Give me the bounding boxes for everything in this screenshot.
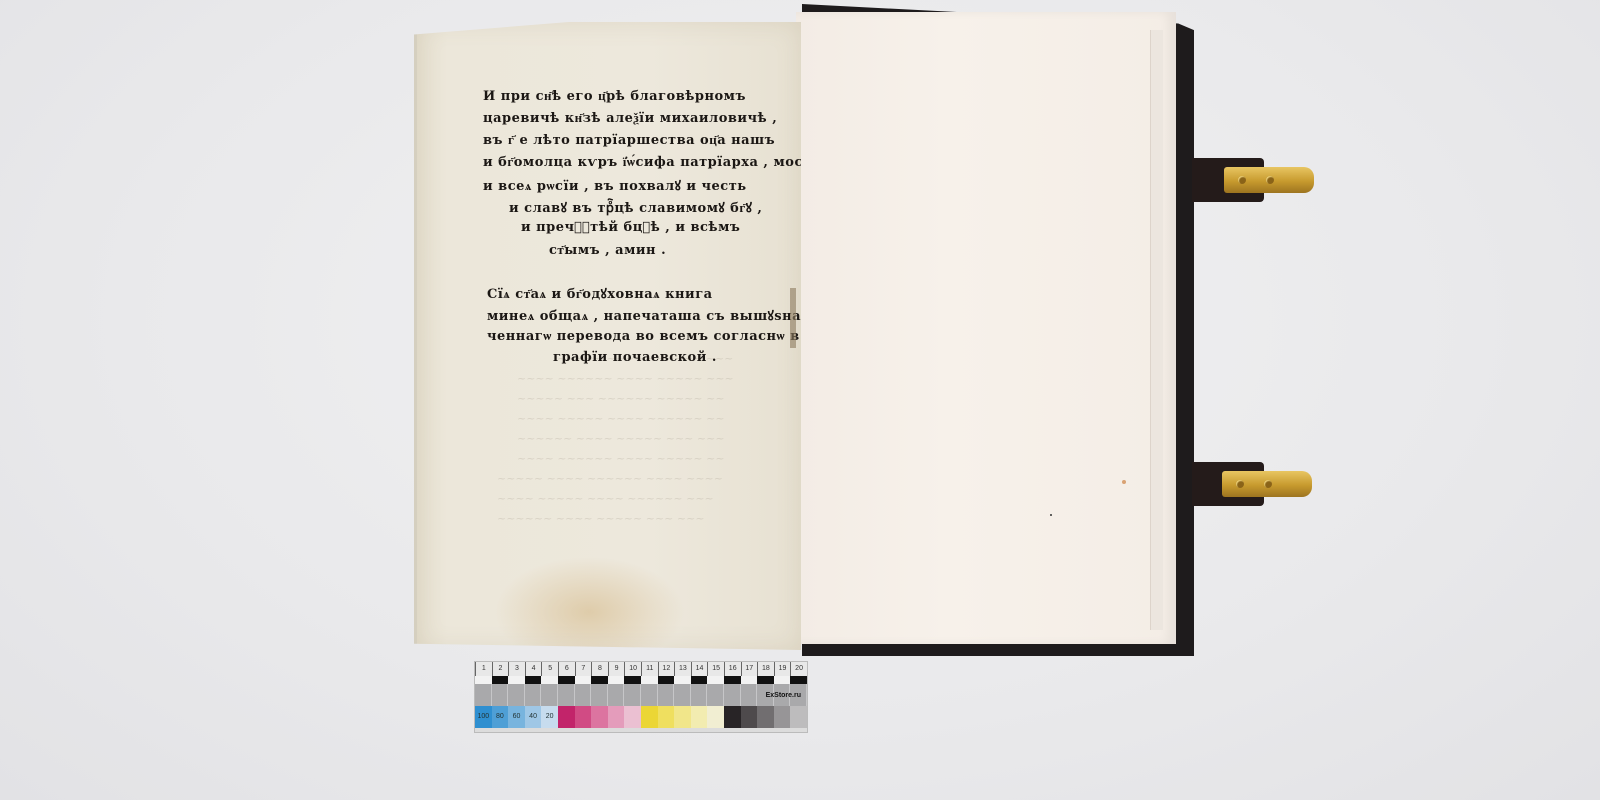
paper-speck: [1122, 480, 1126, 484]
checker-cell: [691, 676, 708, 684]
gray-patch: [658, 684, 675, 706]
ruler-tick: 15: [707, 662, 724, 676]
color-swatch: 20: [541, 706, 558, 728]
gray-patch: [691, 684, 708, 706]
rivet-icon: [1238, 176, 1246, 184]
ruler-tick: 14: [691, 662, 708, 676]
color-swatch: [575, 706, 592, 728]
gray-patch: [558, 684, 575, 706]
checker-cell: [608, 676, 625, 684]
gray-patch: [707, 684, 724, 706]
bleed-through-text: ~~~~~~ ~~~~ ~~~~~ ~~~ ~~~: [517, 432, 725, 445]
bleed-through-text: ~~~~~~ ~~~~ ~~~~~ ~~~ ~~~: [497, 512, 705, 525]
color-swatch: [757, 706, 774, 728]
left-printed-page: ~~~~~ ~~~~ ~~~~~~ ~~~ ~~~~ ~~~~~~ ~~~~ ~…: [414, 22, 801, 650]
checker-cell: [624, 676, 641, 684]
gray-patch: [724, 684, 741, 706]
color-swatch: [558, 706, 575, 728]
color-swatch: [741, 706, 758, 728]
color-swatch: [691, 706, 708, 728]
ruler-tick: 7: [575, 662, 592, 676]
checker-cell: [508, 676, 525, 684]
page-edge-stack: [1150, 30, 1163, 630]
upper-clasp: [1192, 158, 1312, 202]
color-swatch: [707, 706, 724, 728]
checker-strip: [475, 676, 807, 684]
color-swatch: [674, 706, 691, 728]
color-swatch: 60: [508, 706, 525, 728]
color-swatch: 80: [492, 706, 509, 728]
checker-cell: [541, 676, 558, 684]
colophon-line: и пречⷭ҇тѣй бцⷣѣ , и всѣмъ: [521, 220, 740, 235]
ruler-tick: 8: [591, 662, 608, 676]
checker-cell: [707, 676, 724, 684]
checker-cell: [492, 676, 509, 684]
colophon-line: ст҃ымъ , амин .: [549, 242, 666, 258]
ruler-tick: 10: [624, 662, 641, 676]
checker-cell: [674, 676, 691, 684]
checker-cell: [475, 676, 492, 684]
bleed-through-text: ~~~~ ~~~~~ ~~~~ ~~~~~~ ~~~: [497, 492, 714, 505]
checker-cell: [790, 676, 807, 684]
bleed-through-text: ~~~~~ ~~~~ ~~~~~~ ~~~~ ~~~~: [497, 472, 723, 485]
gray-patch: [525, 684, 542, 706]
gray-patch: [575, 684, 592, 706]
gray-patch: [591, 684, 608, 706]
colophon-line: и всеѧ рѡсїи , въ похвалꙋ и честь: [483, 176, 747, 194]
checker-cell: [575, 676, 592, 684]
ruler-tick: 13: [674, 662, 691, 676]
color-swatch: [774, 706, 791, 728]
gray-patch: [475, 684, 492, 706]
ruler-tick: 5: [541, 662, 558, 676]
right-blank-page: [796, 12, 1176, 644]
checker-cell: [558, 676, 575, 684]
brass-clasp-plate: [1222, 471, 1312, 497]
checker-cell: [525, 676, 542, 684]
ruler-tick: 17: [741, 662, 758, 676]
ruler-tick: 3: [508, 662, 525, 676]
bleed-through-text: ~~~~~ ~~~ ~~~~~~ ~~~~~ ~~: [517, 392, 725, 405]
checker-cell: [658, 676, 675, 684]
checker-cell: [724, 676, 741, 684]
gray-patch: [541, 684, 558, 706]
color-swatch: [658, 706, 675, 728]
centimeter-ruler: 1 2 3 4 5 6 7 8 9 10 11 12 13 14 15 16 1…: [475, 662, 807, 676]
paper-speck: [1050, 514, 1052, 516]
gray-patch: [641, 684, 658, 706]
colophon-line: и славꙋ въ трⷪ҇цѣ славимомꙋ бг҃ꙋ ,: [509, 198, 762, 216]
ruler-tick: 16: [724, 662, 741, 676]
colophon-line: минеѧ об́щаѧ , напечаташа съ вышꙋѕна: [487, 306, 801, 324]
color-swatch: [608, 706, 625, 728]
rivet-icon: [1236, 480, 1244, 488]
checker-cell: [757, 676, 774, 684]
bleed-through-text: ~~~~ ~~~~~~ ~~~~ ~~~~~ ~~: [517, 452, 725, 465]
ruler-tick: 19: [774, 662, 791, 676]
gray-patch: [608, 684, 625, 706]
color-swatch: [624, 706, 641, 728]
brass-clasp-plate: [1224, 167, 1314, 193]
ruler-tick: 18: [757, 662, 774, 676]
color-swatch-row: 10080604020: [475, 706, 807, 728]
gray-patches: [475, 684, 807, 706]
card-brand-label: ExStore.ru: [766, 692, 801, 699]
gray-patch: [741, 684, 758, 706]
checker-cell: [641, 676, 658, 684]
gray-patch: [508, 684, 525, 706]
color-swatch: [790, 706, 807, 728]
ruler-tick: 12: [658, 662, 675, 676]
color-swatch: 100: [475, 706, 492, 728]
color-swatch: [591, 706, 608, 728]
gutter-tear: [790, 288, 796, 348]
ruler-tick: 1: [475, 662, 492, 676]
lower-clasp: [1192, 462, 1312, 506]
rivet-icon: [1264, 480, 1272, 488]
gray-patch: [674, 684, 691, 706]
colophon-line: Сїѧ ст҃аѧ и бг҃одꙋховнаѧ книга: [487, 284, 713, 302]
colophon-line: И при сн҃ѣ его ц҃рѣ благовѣрномъ: [483, 88, 746, 104]
bleed-through-text: ~~~~ ~~~~~ ~~~~ ~~~~~~ ~~: [517, 412, 725, 425]
colophon-line: въ г҃ е лѣто патрїаршества оц҃а нашъ: [483, 132, 775, 148]
bleed-through-text: ~~~~ ~~~~~~ ~~~~ ~~~~~ ~~~: [517, 372, 734, 385]
color-swatch: [641, 706, 658, 728]
color-swatch: 40: [525, 706, 542, 728]
ruler-tick: 11: [641, 662, 658, 676]
ruler-tick: 9: [608, 662, 625, 676]
ruler-tick: 2: [492, 662, 509, 676]
ruler-tick: 6: [558, 662, 575, 676]
colophon-line: царевичѣ кн҃зѣ алеѯїи михаиловичѣ ,: [483, 110, 777, 126]
ruler-tick: 4: [525, 662, 542, 676]
checker-cell: [591, 676, 608, 684]
rivet-icon: [1266, 176, 1274, 184]
color-swatch: [724, 706, 741, 728]
checker-cell: [774, 676, 791, 684]
gray-patch: [492, 684, 509, 706]
ruler-tick: 20: [790, 662, 807, 676]
colophon-line: графїи почаевской .: [553, 350, 717, 365]
color-reference-card: 1 2 3 4 5 6 7 8 9 10 11 12 13 14 15 16 1…: [474, 661, 808, 733]
checker-cell: [741, 676, 758, 684]
gray-patch: [624, 684, 641, 706]
